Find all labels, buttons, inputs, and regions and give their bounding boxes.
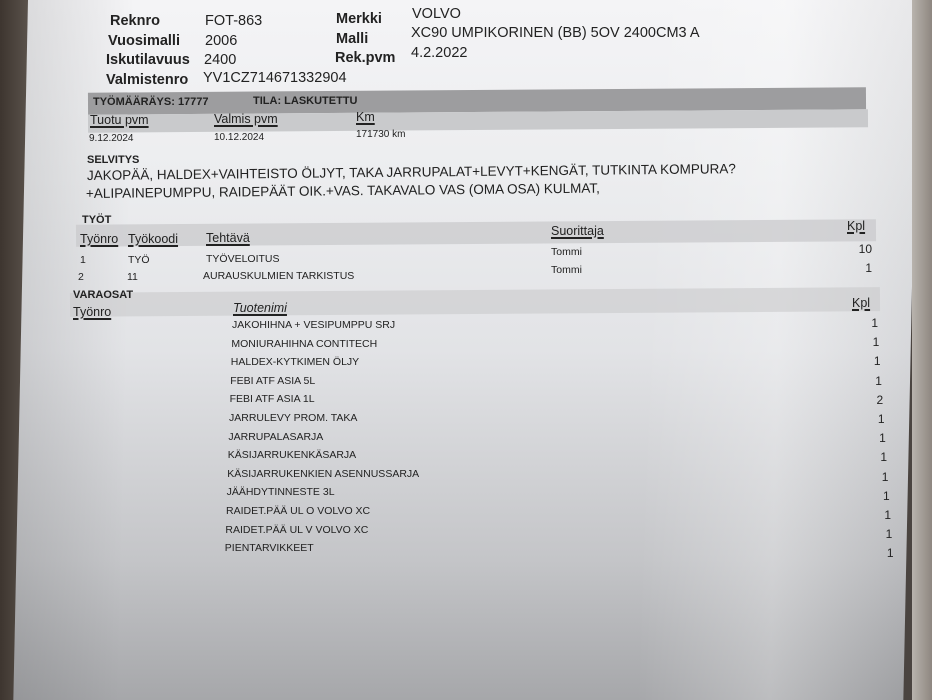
col-tehtava: Tehtävä [206, 231, 250, 245]
col-tyokoodi: Työkoodi [128, 232, 178, 246]
tuotenimi-cell: JÄÄHDYTINNESTE 3L [227, 486, 335, 498]
merkki-value: VOLVO [412, 6, 461, 22]
reknro-value: FOT-863 [205, 13, 262, 29]
kpl-cell: 1 [856, 431, 886, 445]
col-tyonro: Työnro [80, 232, 118, 246]
tyot-title: TYÖT [82, 214, 111, 226]
tuotenimi-cell: HALDEX-KYTKIMEN ÖLJY [231, 356, 359, 368]
col-kpl-varaosat: Kpl [852, 296, 870, 310]
valmistenro-label: Valmistenro [106, 72, 188, 88]
rekpvm-label: Rek.pvm [335, 50, 395, 66]
tyot-header-band [76, 219, 876, 247]
valmis-pvm-value: 10.12.2024 [214, 132, 264, 143]
reknro-label: Reknro [110, 13, 160, 29]
tyokoodi-cell: TYÖ [128, 254, 150, 266]
tyokoodi-cell: 11 [127, 271, 138, 283]
kpl-cell: 1 [858, 470, 888, 484]
work-order-document: Reknro FOT-863 Vuosimalli 2006 Iskutilav… [0, 0, 932, 700]
km-value: 171730 km [356, 129, 405, 140]
tuotenimi-cell: JARRULEVY PROM. TAKA [229, 412, 357, 424]
tuotu-pvm-value: 9.12.2024 [89, 133, 134, 144]
tuotenimi-cell: KÄSIJARRUKENKIEN ASENNUSSARJA [227, 468, 419, 480]
tuotenimi-cell: RAIDET.PÄÄ UL V VOLVO XC [225, 524, 368, 536]
tuotenimi-cell: RAIDET.PÄÄ UL O VOLVO XC [226, 505, 370, 517]
kpl-cell: 1 [857, 450, 887, 464]
selvitys-line-1: JAKOPÄÄ, HALDEX+VAIHTEISTO ÖLJYT, TAKA J… [87, 161, 736, 183]
col-suorittaja: Suorittaja [551, 224, 604, 238]
tehtava-cell: AURAUSKULMIEN TARKISTUS [203, 270, 354, 282]
kpl-cell: 1 [860, 489, 890, 503]
varaosat-title: VARAOSAT [73, 289, 133, 301]
col-km: Km [356, 110, 375, 124]
rekpvm-value: 4.2.2022 [411, 45, 467, 61]
vuosimalli-value: 2006 [205, 33, 237, 49]
vuosimalli-label: Vuosimalli [108, 33, 180, 49]
col-valmis-pvm: Valmis pvm [214, 112, 278, 126]
tila-status: TILA: LASKUTETTU [253, 95, 357, 107]
selvitys-line-2: +ALIPAINEPUMPPU, RAIDEPÄÄT OIK.+VAS. TAK… [86, 181, 600, 201]
kpl-cell: 1 [842, 261, 872, 275]
col-tuotu-pvm: Tuotu pvm [90, 113, 149, 127]
iskutilavuus-label: Iskutilavuus [106, 52, 190, 68]
tuotenimi-cell: PIENTARVIKKEET [225, 542, 314, 554]
malli-value: XC90 UMPIKORINEN (BB) 5OV 2400CM3 A [411, 25, 700, 41]
col-tuotenimi: Tuotenimi [233, 301, 287, 315]
tuotenimi-cell: JAKOHIHNA + VESIPUMPPU SRJ [232, 319, 395, 331]
varaosat-header-band [70, 287, 880, 317]
kpl-cell: 1 [861, 508, 891, 522]
suorittaja-cell: Tommi [551, 246, 582, 258]
tuotenimi-cell: MONIURAHIHNA CONTITECH [231, 338, 377, 350]
merkki-label: Merkki [336, 11, 382, 27]
selvitys-title: SELVITYS [87, 154, 139, 166]
kpl-cell: 1 [862, 527, 892, 541]
col-kpl-tyot: Kpl [847, 219, 865, 233]
tuotenimi-cell: FEBI ATF ASIA 1L [230, 393, 315, 405]
kpl-cell: 1 [864, 546, 894, 560]
tuotenimi-cell: KÄSIJARRUKENKÄSARJA [228, 449, 356, 461]
iskutilavuus-value: 2400 [204, 52, 236, 68]
tyonro-cell: 1 [80, 254, 86, 266]
kpl-cell: 1 [855, 412, 885, 426]
kpl-cell: 1 [849, 335, 879, 349]
tyomaarays-number: TYÖMÄÄRÄYS: 17777 [93, 96, 209, 108]
kpl-cell: 1 [848, 316, 878, 330]
tuotenimi-cell: JARRUPALASARJA [228, 431, 323, 443]
kpl-cell: 2 [853, 393, 883, 407]
col-tyonro-varaosat: Työnro [73, 305, 111, 319]
kpl-cell: 1 [852, 374, 882, 388]
kpl-cell: 1 [851, 354, 881, 368]
malli-label: Malli [336, 31, 368, 47]
tehtava-cell: TYÖVELOITUS [206, 253, 280, 265]
kpl-cell: 10 [842, 242, 872, 256]
tuotenimi-cell: FEBI ATF ASIA 5L [230, 375, 315, 387]
suorittaja-cell: Tommi [551, 264, 582, 276]
tyonro-cell: 2 [78, 271, 84, 283]
valmistenro-value: YV1CZ714671332904 [203, 70, 347, 86]
